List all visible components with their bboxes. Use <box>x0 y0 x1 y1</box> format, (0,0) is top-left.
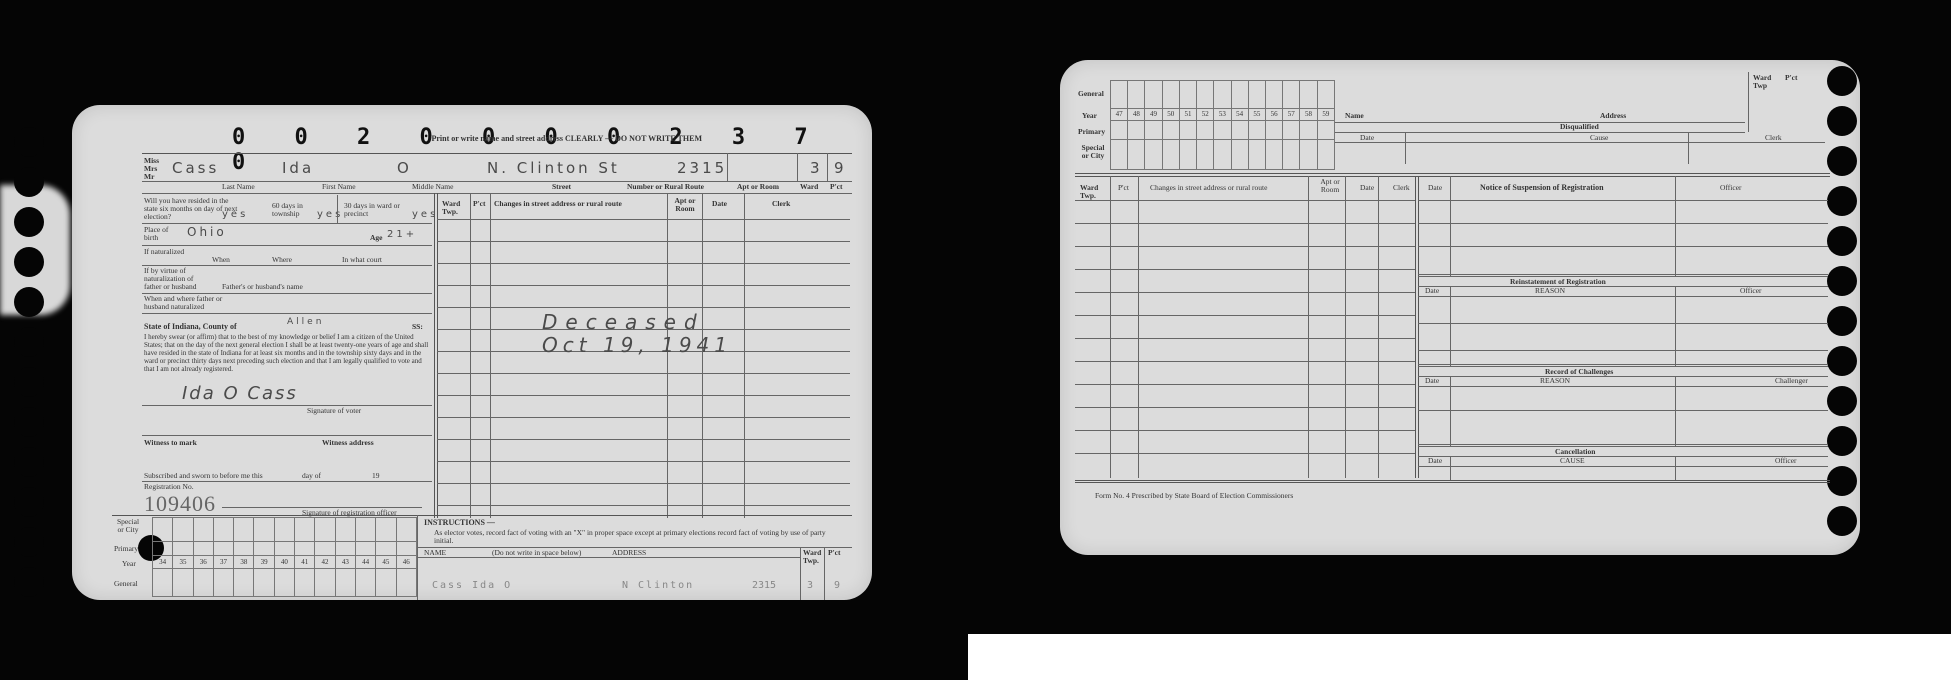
back-pct-label: P'ct <box>1785 74 1798 82</box>
instructions-heading: INSTRUCTIONS — <box>424 519 495 527</box>
naturalized-when: When <box>212 256 230 264</box>
father-when-where-label: When and where father or husband natural… <box>144 295 234 311</box>
punch-hole <box>14 167 44 197</box>
disqualified-label: Disqualified <box>1560 123 1599 131</box>
grid-label-primary: Primary <box>114 545 138 553</box>
instructions-text: As elector votes, record fact of voting … <box>434 529 846 545</box>
township-answer: yes <box>317 209 343 220</box>
back-ward-twp-label: Ward Twp <box>1753 74 1771 90</box>
township-question: 60 days in township <box>272 202 322 218</box>
col-ward-twp: Ward Twp. <box>442 200 470 216</box>
punch-hole <box>1827 466 1857 496</box>
middle-name-value: O <box>397 159 412 177</box>
punch-hole <box>1827 426 1857 456</box>
witness-label: Witness to mark <box>144 439 197 447</box>
label-first-name: First Name <box>322 183 356 191</box>
reinstatement-officer-label: Officer <box>1740 287 1762 295</box>
disq-cause-label: Cause <box>1590 134 1608 142</box>
label-street: Street <box>552 183 571 191</box>
number-value: 2315 <box>677 159 727 177</box>
father-naturalization-label: If by virtue of naturalization of father… <box>144 267 209 291</box>
punch-hole <box>1827 306 1857 336</box>
naturalized-where: Where <box>272 256 292 264</box>
punch-hole <box>14 527 44 557</box>
punch-hole <box>14 247 44 277</box>
back-grid-label-primary: Primary <box>1078 128 1105 136</box>
punch-hole <box>1827 186 1857 216</box>
punch-hole <box>1827 106 1857 136</box>
voter-signature: Ida O Cass <box>182 383 298 404</box>
footer-name-label: NAME <box>424 549 446 557</box>
punch-hole <box>1827 66 1857 96</box>
voter-signature-label: Signature of voter <box>307 407 361 415</box>
birth-label: Place of birth <box>144 226 184 242</box>
voting-grid-back: 47484950515253545556575859 <box>1110 80 1335 170</box>
back-address-label: Address <box>1600 112 1626 120</box>
challenges-challenger-label: Challenger <box>1775 377 1808 385</box>
footer-ward-label: Ward Twp. <box>803 549 823 565</box>
suspension-date-label: Date <box>1428 184 1442 192</box>
footer-address-label: ADDRESS <box>612 549 646 557</box>
disq-date-label: Date <box>1360 134 1374 142</box>
oath-text: I hereby swear (or affirm) that to the b… <box>144 333 429 373</box>
ward-question: 30 days in ward or precinct <box>344 202 414 218</box>
back-grid-label-year: Year <box>1082 112 1097 120</box>
reinstatement-date-label: Date <box>1425 287 1439 295</box>
footer-note: (Do not write in space below) <box>492 549 581 557</box>
last-name-value: Cass <box>172 159 219 177</box>
col-apt: Apt or Room <box>670 197 700 213</box>
back-col-apt: Apt or Room <box>1315 178 1345 194</box>
suspension-officer-label: Officer <box>1720 184 1742 192</box>
challenges-title: Record of Challenges <box>1545 368 1613 376</box>
label-number: Number or Rural Route <box>627 183 704 191</box>
pct-value: 9 <box>834 159 847 177</box>
punch-hole <box>14 407 44 437</box>
registration-card-front: 0 0 2 0 0 0 0 2 3 7 0 Print or write nam… <box>72 105 872 600</box>
col-date: Date <box>712 200 727 208</box>
header-instruction: Print or write name and street address C… <box>402 135 702 143</box>
punch-hole <box>14 127 44 157</box>
naturalized-label: If naturalized <box>144 248 204 256</box>
back-col-clerk: Clerk <box>1393 184 1410 192</box>
registration-number: 109406 <box>144 491 216 517</box>
age-value: 21+ <box>387 229 417 240</box>
col-changes: Changes in street address or rural route <box>494 200 664 208</box>
punch-hole <box>1827 506 1857 536</box>
punch-hole <box>1827 266 1857 296</box>
blank-region <box>968 634 1951 680</box>
punch-hole <box>1827 226 1857 256</box>
annotation-deceased: Deceased <box>542 310 705 334</box>
punch-hole <box>14 567 44 597</box>
title-options: Miss Mrs Mr <box>144 157 162 181</box>
punch-hole <box>14 367 44 397</box>
footer-pct-label: P'ct <box>828 549 841 557</box>
street-value: N. Clinton St <box>487 159 620 177</box>
back-col-pct: P'ct <box>1118 184 1129 192</box>
footer-number-value: 2315 <box>752 580 776 591</box>
grid-label-year: Year <box>122 560 136 568</box>
challenges-date-label: Date <box>1425 377 1439 385</box>
punch-hole <box>1827 346 1857 376</box>
oath-ss: SS: <box>412 323 423 331</box>
subscribed-label: Subscribed and sworn to before me this <box>144 472 263 480</box>
footer-pct-value: 9 <box>834 580 840 591</box>
label-middle-name: Middle Name <box>412 183 453 191</box>
naturalized-court: In what court <box>342 256 382 264</box>
disq-clerk-label: Clerk <box>1765 134 1782 142</box>
back-grid-label-general: General <box>1078 90 1104 98</box>
label-last-name: Last Name <box>222 183 255 191</box>
footer-address-value: N Clinton <box>622 580 694 591</box>
punch-hole <box>1827 386 1857 416</box>
annotation-date: Oct 19, 1941 <box>542 333 732 357</box>
registration-card-back: General Year Primary Special or City 474… <box>1060 60 1860 555</box>
col-pct: P'ct <box>473 200 486 208</box>
col-clerk: Clerk <box>772 200 790 208</box>
cancellation-officer-label: Officer <box>1775 457 1797 465</box>
challenges-reason-label: REASON <box>1540 377 1570 385</box>
cancellation-date-label: Date <box>1428 457 1442 465</box>
cancellation-title: Cancellation <box>1555 448 1595 456</box>
back-col-date: Date <box>1360 184 1374 192</box>
label-ward: Ward <box>800 183 818 191</box>
punch-hole <box>14 207 44 237</box>
birth-value: Ohio <box>187 225 227 239</box>
first-name-value: Ida <box>282 159 314 177</box>
form-footer: Form No. 4 Prescribed by State Board of … <box>1095 492 1293 500</box>
punch-hole <box>14 487 44 517</box>
day-of-label: day of <box>302 472 321 480</box>
punch-hole <box>14 287 44 317</box>
reinstatement-title: Reinstatement of Registration <box>1510 278 1606 286</box>
label-apt: Apt or Room <box>737 183 779 191</box>
back-col-ward: Ward Twp. <box>1080 184 1108 200</box>
county-value: Allen <box>287 317 324 327</box>
punch-hole <box>14 447 44 477</box>
registration-label: Registration No. <box>144 483 194 491</box>
footer-ward-value: 3 <box>807 580 813 591</box>
state-residency-answer: yes <box>222 209 248 220</box>
witness-address-label: Witness address <box>322 439 374 447</box>
grid-label-special: Special or City <box>114 518 142 534</box>
back-name-label: Name <box>1345 112 1364 120</box>
punch-hole <box>14 327 44 357</box>
punch-hole <box>1827 146 1857 176</box>
oath-heading: State of Indiana, County of <box>144 323 237 331</box>
label-pct: P'ct <box>830 183 843 191</box>
back-grid-label-special: Special or City <box>1078 144 1108 160</box>
father-name-label: Father's or husband's name <box>222 283 303 291</box>
reinstatement-reason-label: REASON <box>1535 287 1565 295</box>
voting-grid-front: 34353637383940414243444546 <box>152 517 417 597</box>
age-label: Age <box>370 234 383 242</box>
year-prefix: 19 <box>372 472 380 480</box>
ward-value: 3 <box>810 159 823 177</box>
grid-label-general: General <box>114 580 138 588</box>
back-col-changes: Changes in street address or rural route <box>1150 184 1320 192</box>
footer-name-value: Cass Ida O <box>432 580 512 591</box>
cancellation-cause-label: CAUSE <box>1560 457 1585 465</box>
suspension-title: Notice of Suspension of Registration <box>1480 184 1604 192</box>
